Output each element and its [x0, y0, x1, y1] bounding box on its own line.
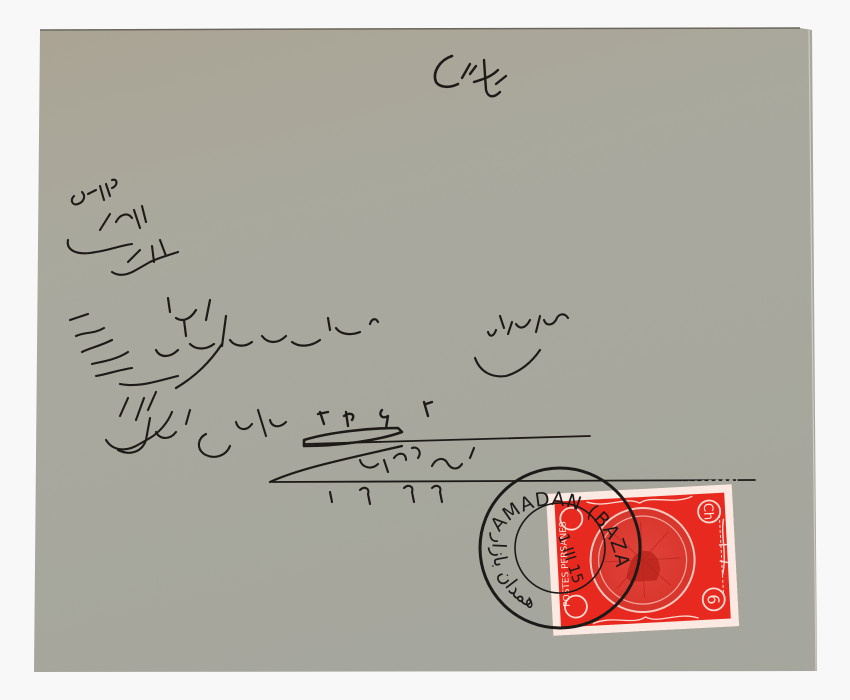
numerals-upper: ۲ ۴ ۶ ۸	[0, 0, 4, 1]
envelope-photo: طهران ۲ ۴ ۶ ۸ ۱ ۳ ۳ ۳	[0, 0, 850, 700]
stamp-currency: Ch	[700, 503, 716, 521]
stamp-denomination: 6	[703, 594, 723, 605]
numerals-lower: ۱ ۳ ۳ ۳	[0, 0, 4, 1]
